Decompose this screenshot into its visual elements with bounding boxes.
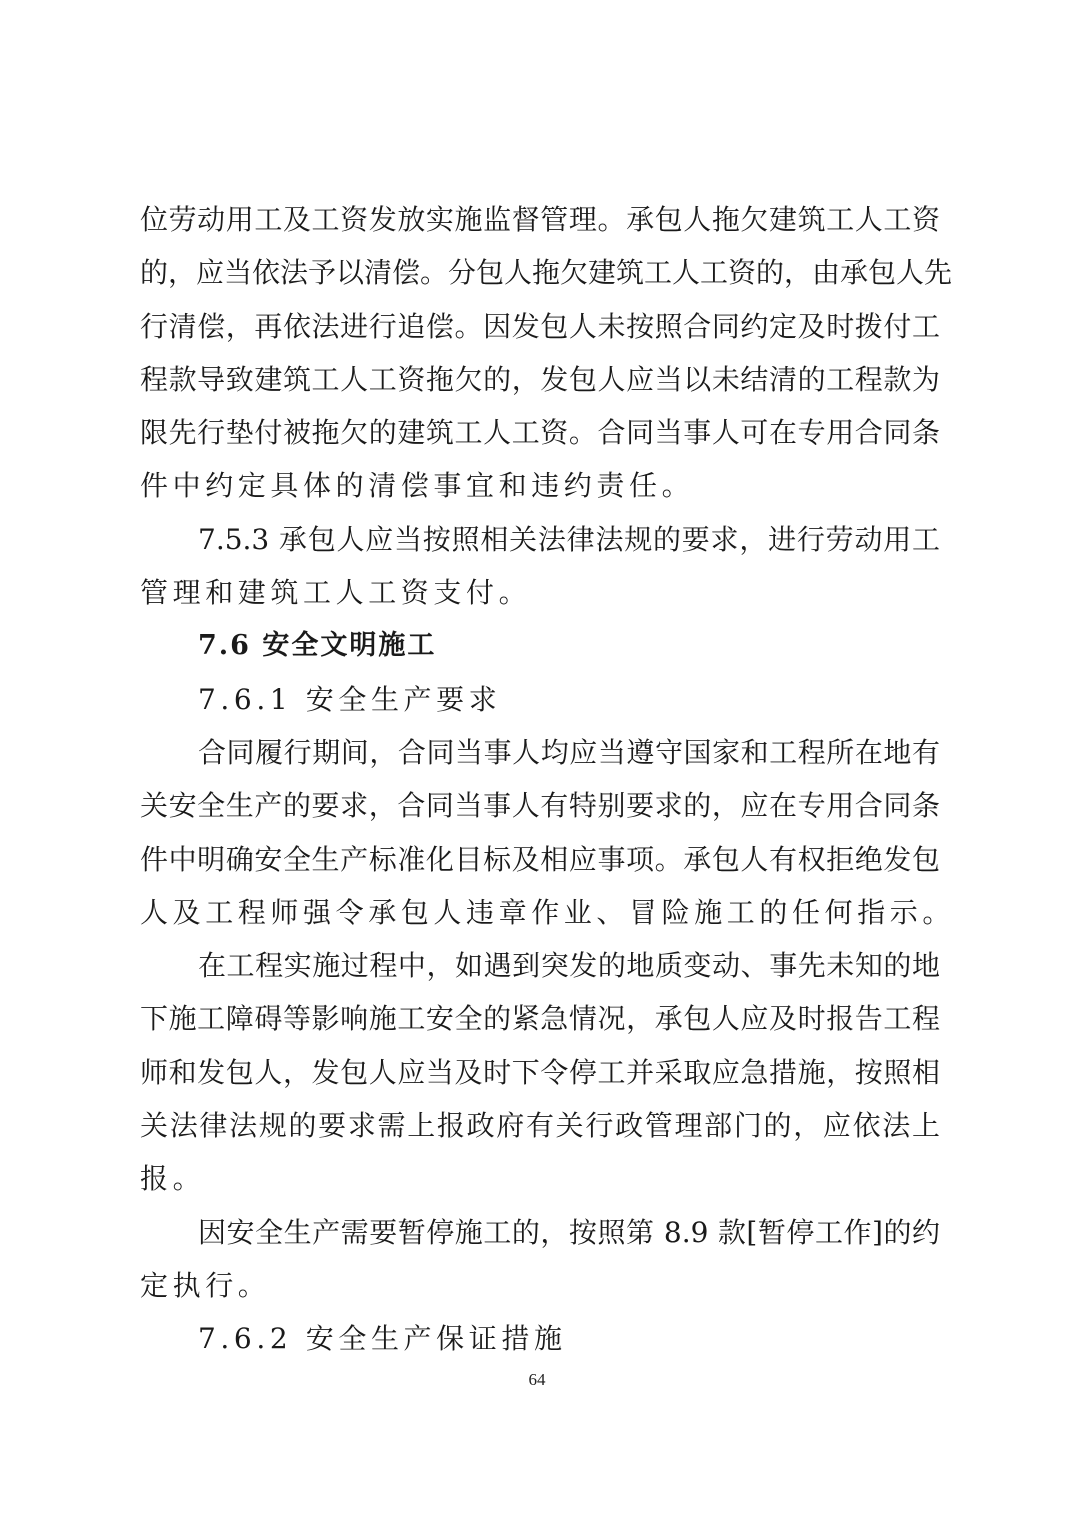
text-line: 定执行。 [140,1259,940,1312]
text-line: 程款导致建筑工人工资拖欠的，发包人应当以未结清的工程款为 [140,353,940,406]
text-line: 件中明确安全生产标准化目标及相应事项。承包人有权拒绝发包 [140,833,940,886]
text-line: 限先行垫付被拖欠的建筑工人工资。合同当事人可在专用合同条 [140,406,940,459]
text-line: 因安全生产需要暂停施工的，按照第 8.9 款[暂停工作]的约 [140,1206,940,1259]
clause-heading-7-6-2: 7.6.2 安全生产保证措施 [140,1312,940,1365]
page-number: 64 [0,1370,1074,1390]
text-line: 关安全生产的要求，合同当事人有特别要求的，应在专用合同条 [140,779,940,832]
text-line: 人及工程师强令承包人违章作业、冒险施工的任何指示。 [140,886,940,939]
text-line: 关法律法规的要求需上报政府有关行政管理部门的，应依法上 [140,1099,940,1152]
text-line: 报。 [140,1152,940,1205]
section-heading-7-6: 7.6 安全文明施工 [140,619,940,672]
text-line: 件中约定具体的清偿事宜和违约责任。 [140,459,940,512]
text-line: 在工程实施过程中，如遇到突发的地质变动、事先未知的地 [140,939,940,992]
text-line: 下施工障碍等影响施工安全的紧急情况，承包人应及时报告工程 [140,992,940,1045]
text-line: 的，应当依法予以清偿。分包人拖欠建筑工人工资的，由承包人先 [140,246,940,299]
document-page-body: 位劳动用工及工资发放实施监督管理。承包人拖欠建筑工人工资 的，应当依法予以清偿。… [140,193,940,1366]
clause-7-5-3: 7.5.3 承包人应当按照相关法律法规的要求，进行劳动用工 [140,513,940,566]
clause-heading-7-6-1: 7.6.1 安全生产要求 [140,673,940,726]
text-line: 合同履行期间，合同当事人均应当遵守国家和工程所在地有 [140,726,940,779]
text-line: 师和发包人，发包人应当及时下令停工并采取应急措施，按照相 [140,1046,940,1099]
text-line: 行清偿，再依法进行追偿。因发包人未按照合同约定及时拨付工 [140,300,940,353]
text-line: 位劳动用工及工资发放实施监督管理。承包人拖欠建筑工人工资 [140,193,940,246]
text-line: 管理和建筑工人工资支付。 [140,566,940,619]
